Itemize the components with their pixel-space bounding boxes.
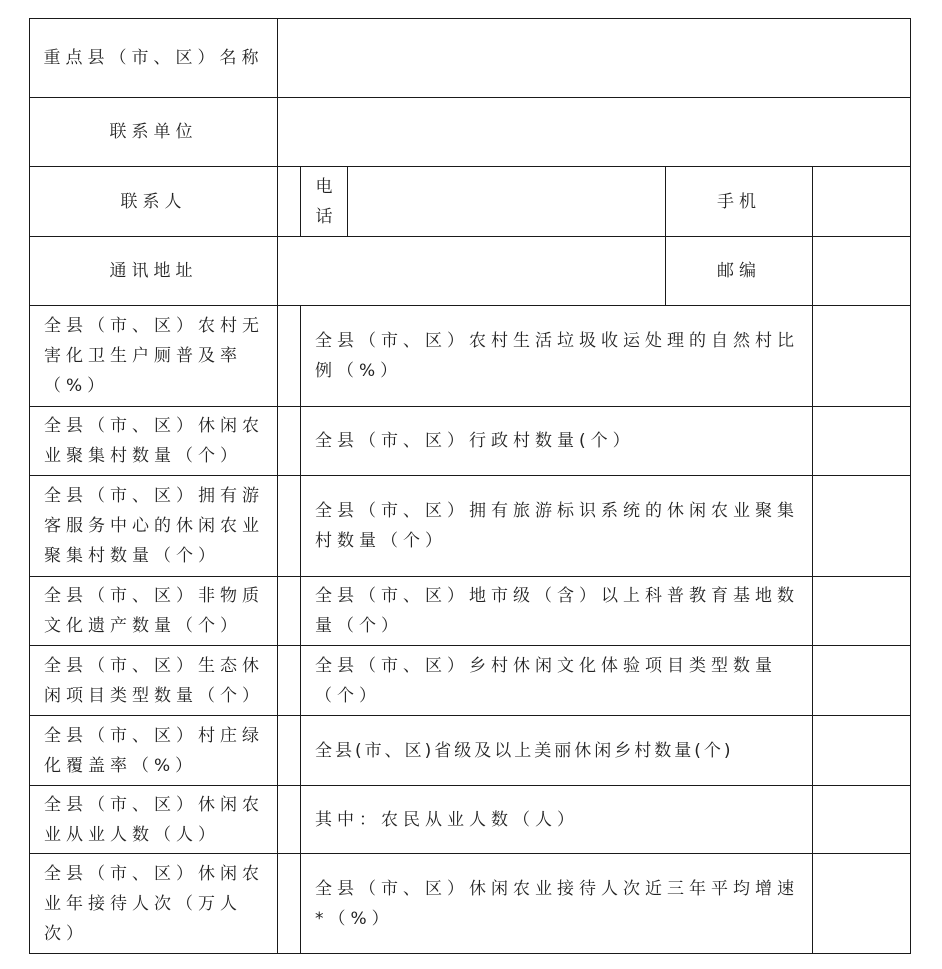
indicator-left-label: 全县（市、区）休闲农业聚集村数量（个） <box>29 406 278 476</box>
mobile-label-text: 手机 <box>717 187 761 217</box>
indicator-left-label: 全县（市、区）非物质文化遗产数量（个） <box>29 576 278 646</box>
indicator-right-label: 全县（市、区）行政村数量(个） <box>300 406 813 476</box>
postcode-label-text: 邮编 <box>717 256 761 286</box>
indicator-right-label: 全县（市、区）农村生活垃圾收运处理的自然村比例（%） <box>300 305 813 407</box>
indicator-right-label: 全县（市、区）休闲农业接待人次近三年平均增速*（%） <box>300 853 813 954</box>
indicator-left-value[interactable] <box>277 853 301 954</box>
indicator-right-value[interactable] <box>812 406 911 476</box>
indicator-left-label: 全县（市、区）休闲农业年接待人次（万人次） <box>29 853 278 954</box>
address-field[interactable] <box>277 236 666 306</box>
mobile-field[interactable] <box>812 166 911 237</box>
contact-person-field[interactable] <box>277 166 301 237</box>
phone-field[interactable] <box>347 166 666 237</box>
indicator-left-label: 全县（市、区）农村无害化卫生户厕普及率（%） <box>29 305 278 407</box>
contact-unit-field[interactable] <box>277 97 911 167</box>
indicator-right-value[interactable] <box>812 715 911 786</box>
indicator-left-value[interactable] <box>277 406 301 476</box>
indicator-left-value[interactable] <box>277 576 301 646</box>
contact-person-label-text: 联系人 <box>121 187 187 217</box>
contact-unit-label-text: 联系单位 <box>110 117 198 147</box>
mobile-label: 手机 <box>665 166 813 237</box>
indicator-right-value[interactable] <box>812 853 911 954</box>
indicator-right-value[interactable] <box>812 305 911 407</box>
indicator-left-label: 全县（市、区）生态休闲项目类型数量（个） <box>29 645 278 716</box>
indicator-left-value[interactable] <box>277 305 301 407</box>
contact-person-label: 联系人 <box>29 166 278 237</box>
contact-unit-label: 联系单位 <box>29 97 278 167</box>
indicator-right-label: 全县(市、区)省级及以上美丽休闲乡村数量(个) <box>300 715 813 786</box>
indicator-left-label: 全县（市、区）休闲农业从业人数（人） <box>29 785 278 854</box>
indicator-right-value[interactable] <box>812 785 911 854</box>
phone-label-char-1: 电 <box>316 172 333 202</box>
indicator-left-label: 全县（市、区）村庄绿化覆盖率（%） <box>29 715 278 786</box>
indicator-left-label: 全县（市、区）拥有游客服务中心的休闲农业聚集村数量（个） <box>29 475 278 577</box>
indicator-right-label: 其中：农民从业人数（人） <box>300 785 813 854</box>
address-label: 通讯地址 <box>29 236 278 306</box>
indicator-left-value[interactable] <box>277 785 301 854</box>
indicator-right-value[interactable] <box>812 576 911 646</box>
postcode-field[interactable] <box>812 236 911 306</box>
phone-label: 电 话 <box>300 166 348 237</box>
county-name-label-text: 重点县（市、区）名称 <box>44 43 264 73</box>
indicator-right-label: 全县（市、区）乡村休闲文化体验项目类型数量（个） <box>300 645 813 716</box>
county-name-field[interactable] <box>277 18 911 98</box>
indicator-right-value[interactable] <box>812 475 911 577</box>
postcode-label: 邮编 <box>665 236 813 306</box>
indicator-left-value[interactable] <box>277 645 301 716</box>
indicator-right-label: 全县（市、区）地市级（含）以上科普教育基地数量（个） <box>300 576 813 646</box>
phone-label-char-2: 话 <box>316 202 333 232</box>
indicator-right-label: 全县（市、区）拥有旅游标识系统的休闲农业聚集村数量（个） <box>300 475 813 577</box>
address-label-text: 通讯地址 <box>110 256 198 286</box>
indicator-right-value[interactable] <box>812 645 911 716</box>
county-name-label: 重点县（市、区）名称 <box>29 18 278 98</box>
indicator-left-value[interactable] <box>277 715 301 786</box>
indicator-left-value[interactable] <box>277 475 301 577</box>
